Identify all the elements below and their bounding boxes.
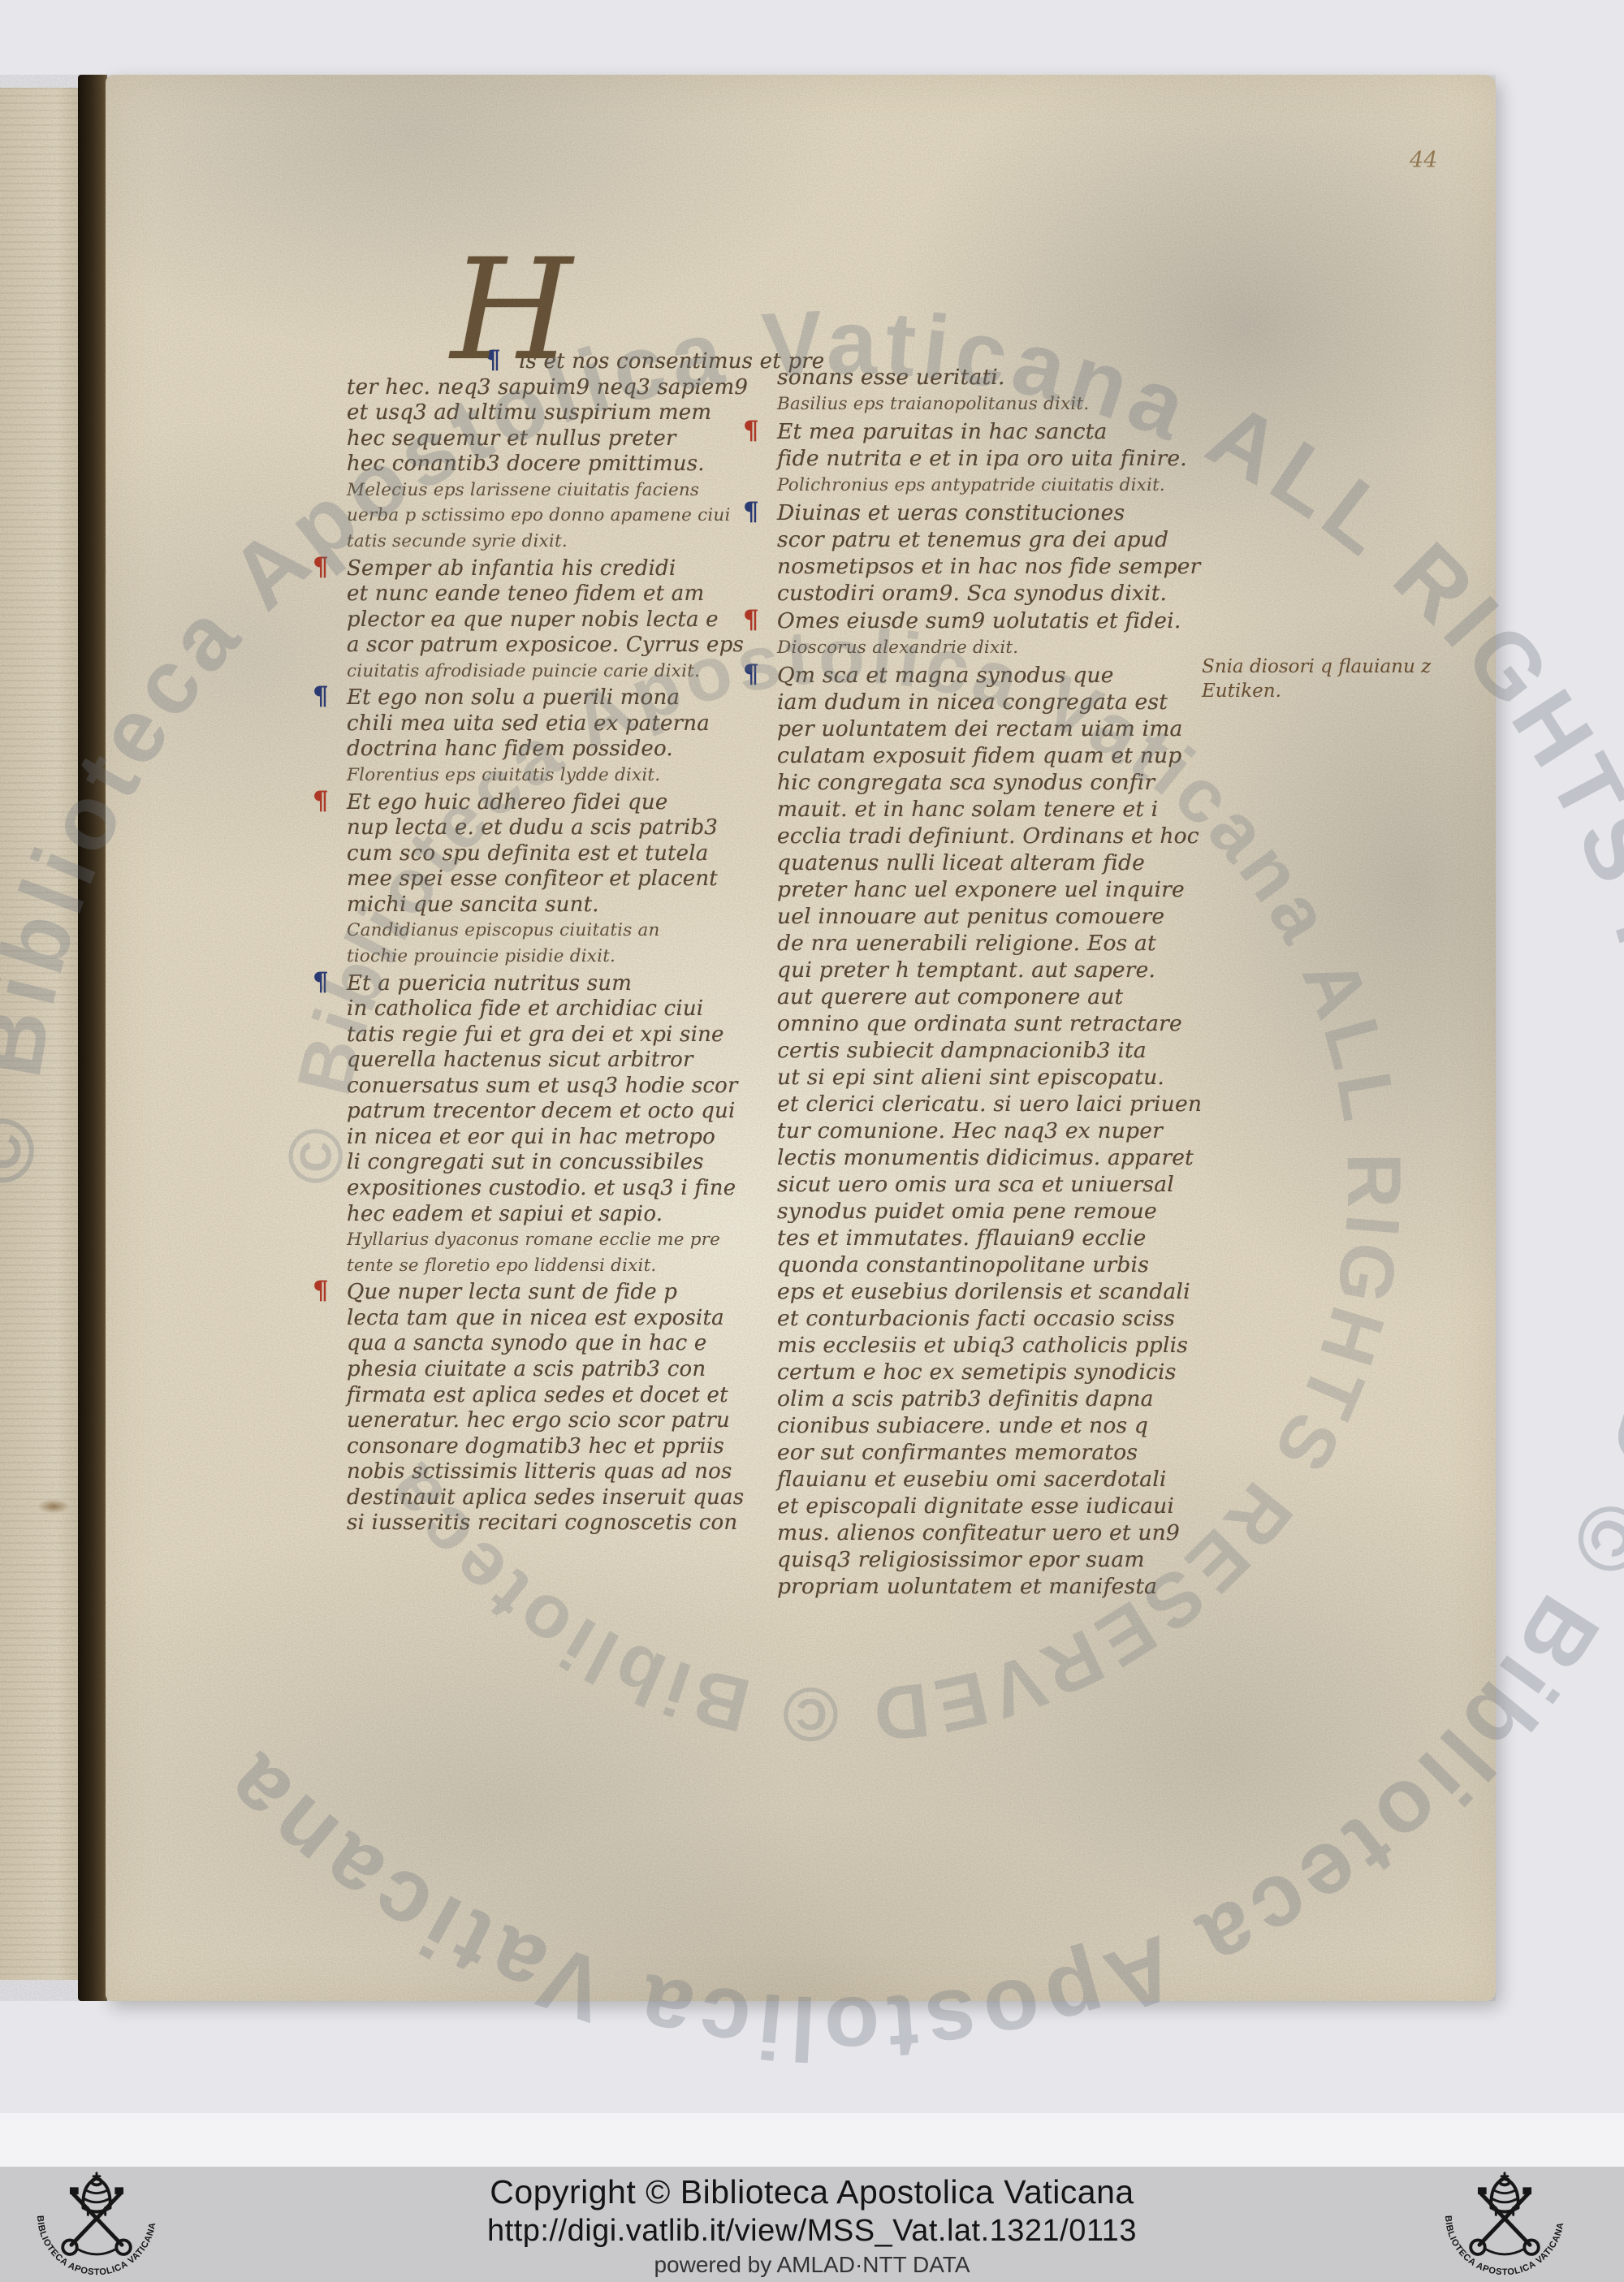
manuscript-line: li congregati sut in concussibiles	[347, 1150, 736, 1176]
manuscript-line: qua a sancta synodo que in hac e	[347, 1331, 736, 1357]
line-text: eps et eusebius dorilensis et scandali	[777, 1279, 1190, 1304]
pilcrow-mark: ¶	[743, 499, 777, 525]
line-text: querella hactenus sicut arbitror	[347, 1048, 693, 1072]
pilcrow-mark: ¶	[313, 684, 347, 710]
line-text: uel innouare aut penitus comouere	[777, 904, 1164, 929]
manuscript-line: et nunc eande teneo fidem et am	[347, 581, 736, 607]
manuscript-line: conuersatus sum et usq3 hodie scor	[347, 1074, 736, 1100]
manuscript-line: ¶Omes eiusde sum9 uolutatis et fidei.	[777, 607, 1195, 634]
manuscript-line: ecclia tradi definiunt. Ordinans et hoc	[777, 823, 1195, 849]
line-text: plector ea que nuper nobis lecta e	[347, 607, 719, 632]
manuscript-line: propriam uoluntatem et manifesta	[777, 1573, 1195, 1600]
line-text: Florentius eps ciuitatis lydde dixit.	[347, 765, 660, 785]
line-text: synodus puidet omia pene remoue	[777, 1199, 1157, 1224]
manuscript-line: tatis regie fui et gra dei et xpi sine	[347, 1022, 736, 1048]
manuscript-line: et conturbacionis facti occasio sciss	[777, 1305, 1195, 1332]
line-text: tatis secunde syrie dixit.	[347, 531, 568, 551]
line-text: sonans esse ueritati.	[777, 365, 1005, 390]
line-text: mauit. et in hanc solam tenere et i	[777, 797, 1158, 822]
manuscript-line: ciuitatis afrodisiade puincie carie dixi…	[347, 659, 736, 685]
manuscript-line: omnino que ordinata sunt retractare	[777, 1010, 1195, 1037]
line-text: hec eadem et sapiui et sapio.	[347, 1202, 663, 1226]
line-text: Et a puericia nutritus sum	[347, 971, 632, 996]
line-text: nosmetipsos et in hac nos fide semper	[777, 554, 1200, 579]
manuscript-line: certis subiecit dampnacionib3 ita	[777, 1037, 1195, 1064]
manuscript-line: synodus puidet omia pene remoue	[777, 1198, 1195, 1225]
line-text: Polichronius eps antypatride ciuitatis d…	[777, 475, 1165, 495]
line-text: Et ego non solu a puerili mona	[347, 685, 680, 710]
manuscript-line: firmata est aplica sedes et docet et	[347, 1383, 736, 1409]
powered-by-text: powered by AMLAD·NTT DATA	[0, 2250, 1624, 2280]
line-text: Dioscorus alexandrie dixit.	[777, 637, 1018, 658]
manuscript-line: phesia ciuitate a scis patrib3 con	[347, 1357, 736, 1383]
folio-number: 44	[1410, 149, 1437, 171]
manuscript-line: tes et immutates. fflauian9 ecclie	[777, 1225, 1195, 1251]
manuscript-line: fide nutrita e et in ipa oro uita finire…	[777, 445, 1195, 472]
manuscript-line: iam dudum in nicea congregata est	[777, 689, 1195, 715]
line-text: Basilius eps traianopolitanus dixit.	[777, 394, 1089, 414]
text-column-left: H ¶is et nos consentimus et preter hec. …	[347, 348, 736, 1536]
manuscript-line: ¶Et a puericia nutritus sum	[347, 970, 736, 997]
manuscript-line: Candidianus episcopus ciuitatis an	[347, 918, 736, 944]
line-text: tiochie prouincie pisidie dixit.	[347, 946, 615, 966]
line-text: hec conantib3 docere pmittimus.	[347, 452, 705, 476]
manuscript-line: in catholica fide et archidiac ciui	[347, 996, 736, 1022]
manuscript-line: olim a scis patrib3 definitis dapna	[777, 1385, 1195, 1412]
line-text: et usq3 ad ultimu suspirium mem	[347, 400, 711, 425]
line-text: ecclia tradi definiunt. Ordinans et hoc	[777, 823, 1199, 849]
manuscript-line: qui preter h temptant. aut sapere.	[777, 957, 1195, 983]
manuscript-line: ¶Semper ab infantia his credidi	[347, 555, 736, 582]
line-text: et clerici clericatu. si uero laici priu…	[777, 1091, 1202, 1117]
line-text: sicut uero omis ura sca et uniuersal	[777, 1172, 1174, 1197]
manuscript-line: lecta tam que in nicea est exposita	[347, 1306, 736, 1332]
manuscript-line: sicut uero omis ura sca et uniuersal	[777, 1171, 1195, 1198]
line-text: destinauit aplica sedes inseruit quas	[347, 1485, 744, 1510]
manuscript-line: scor patru et tenemus gra dei apud	[777, 526, 1195, 553]
line-text: preter hanc uel exponere uel inquire	[777, 877, 1185, 902]
line-text: cionibus subiacere. unde et nos q	[777, 1413, 1148, 1438]
line-text: flauianu et eusebiu omi sacerdotali	[777, 1467, 1167, 1492]
copyright-text: Copyright © Biblioteca Apostolica Vatica…	[0, 2172, 1624, 2212]
manuscript-line: lectis monumentis didicimus. apparet	[777, 1144, 1195, 1171]
manuscript-line: quatenus nulli liceat alteram fide	[777, 849, 1195, 876]
manuscript-line: mee spei esse confiteor et placent	[347, 867, 736, 892]
line-text: Et ego huic adhereo fidei que	[347, 790, 667, 815]
line-text: fide nutrita e et in ipa oro uita finire…	[777, 446, 1187, 471]
line-text: de nra uenerabili religione. Eos at	[777, 931, 1156, 956]
line-text: Melecius eps larissene ciuitatis faciens	[347, 480, 699, 500]
manuscript-line: culatam exposuit fidem quam et nup	[777, 742, 1195, 769]
line-text: olim a scis patrib3 definitis dapna	[777, 1386, 1154, 1411]
manuscript-line: tente se floretio epo liddensi dixit.	[347, 1253, 736, 1279]
manuscript-line: quonda constantinopolitane urbis	[777, 1251, 1195, 1278]
line-text: per uoluntatem dei rectam uiam ima	[777, 716, 1183, 741]
manuscript-line: Basilius eps traianopolitanus dixit.	[777, 391, 1195, 417]
line-text: expositiones custodio. et usq3 i fine	[347, 1176, 736, 1200]
line-text: Semper ab infantia his credidi	[347, 556, 676, 581]
line-text: in nicea et eor qui in hac metropo	[347, 1125, 715, 1149]
manuscript-line: aut querere aut componere aut	[777, 983, 1195, 1010]
line-text: li congregati sut in concussibiles	[347, 1150, 704, 1174]
pilcrow-mark: ¶	[313, 1278, 347, 1304]
line-text: tur comunione. Hec naq3 ex nuper	[777, 1118, 1163, 1143]
line-text: michi que sancita sunt.	[347, 892, 599, 917]
manuscript-line: certum e hoc ex semetipis synodicis	[777, 1359, 1195, 1385]
line-text: scor patru et tenemus gra dei apud	[777, 527, 1168, 552]
manuscript-line: mus. alienos confiteatur uero et un9	[777, 1519, 1195, 1546]
line-text: iam dudum in nicea congregata est	[777, 689, 1168, 715]
manuscript-line: hic congregata sca synodus confir	[777, 769, 1195, 796]
parchment-stain	[37, 1499, 70, 1514]
line-text: patrum trecentor decem et octo qui	[347, 1099, 736, 1123]
manuscript-line: uerba p sctissimo epo donno apamene ciui	[347, 503, 736, 529]
line-text: quatenus nulli liceat alteram fide	[777, 850, 1145, 875]
manuscript-line: tiochie prouincie pisidie dixit.	[347, 944, 736, 970]
initial-letter: H	[451, 240, 572, 380]
manuscript-line: hec conantib3 docere pmittimus.	[347, 452, 736, 478]
manuscript-line: cionibus subiacere. unde et nos q	[777, 1412, 1195, 1439]
line-text: nup lecta e. et dudu a scis patrib3	[347, 815, 718, 840]
pilcrow-mark: ¶	[743, 417, 777, 444]
manuscript-line: ¶Et mea paruitas in hac sancta	[777, 417, 1195, 445]
manuscript-line: doctrina hanc fidem possideo.	[347, 737, 736, 763]
line-text: a scor patrum exposicoe. Cyrrus eps	[347, 633, 744, 657]
line-text: eor sut confirmantes memoratos	[777, 1440, 1138, 1465]
line-text: certum e hoc ex semetipis synodicis	[777, 1359, 1177, 1385]
line-text: uerba p sctissimo epo donno apamene ciui	[347, 505, 731, 525]
manuscript-line: nosmetipsos et in hac nos fide semper	[777, 553, 1195, 580]
line-text: ciuitatis afrodisiade puincie carie dixi…	[347, 661, 700, 681]
manuscript-line: cum sco spu definita est et tutela	[347, 841, 736, 867]
line-text: phesia ciuitate a scis patrib3 con	[347, 1357, 706, 1381]
manuscript-line: ¶Qm sca et magna synodus que	[777, 661, 1195, 689]
manuscript-line: hec eadem et sapiui et sapio.	[347, 1202, 736, 1228]
manuscript-line: consonare dogmatib3 hec et ppriis	[347, 1434, 736, 1460]
manuscript-line: per uoluntatem dei rectam uiam ima	[777, 715, 1195, 742]
manuscript-line: Florentius eps ciuitatis lydde dixit.	[347, 763, 736, 789]
footer-text-block: Copyright © Biblioteca Apostolica Vatica…	[0, 2172, 1624, 2280]
manuscript-line: ¶Et ego huic adhereo fidei que	[347, 789, 736, 816]
manuscript-line: de nra uenerabili religione. Eos at	[777, 930, 1195, 957]
line-text: custodiri oram9. Sca synodus dixit.	[777, 581, 1167, 606]
line-text: in catholica fide et archidiac ciui	[347, 996, 703, 1021]
line-text: Hyllarius dyaconus romane ecclie me pre	[347, 1230, 720, 1250]
manuscript-line: Dioscorus alexandrie dixit.	[777, 634, 1195, 661]
line-text: doctrina hanc fidem possideo.	[347, 737, 673, 761]
line-text: consonare dogmatib3 hec et ppriis	[347, 1434, 724, 1459]
facing-page-edges	[0, 88, 81, 1980]
manuscript-line: in nicea et eor qui in hac metropo	[347, 1125, 736, 1151]
line-text: Candidianus episcopus ciuitatis an	[347, 920, 660, 940]
manuscript-line: et clerici clericatu. si uero laici priu…	[777, 1091, 1195, 1117]
manuscript-line: mis ecclesiis et ubiq3 catholicis pplis	[777, 1332, 1195, 1359]
manuscript-line: a scor patrum exposicoe. Cyrrus eps	[347, 633, 736, 659]
manuscript-line: tatis secunde syrie dixit.	[347, 529, 736, 555]
line-text: cum sco spu definita est et tutela	[347, 841, 708, 866]
book-binding	[78, 75, 107, 2001]
pilcrow-mark: ¶	[313, 970, 347, 996]
line-text: firmata est aplica sedes et docet et	[347, 1383, 728, 1407]
line-text: tes et immutates. fflauian9 ecclie	[777, 1225, 1147, 1251]
line-text: ueneratur. hec ergo scio scor patru	[347, 1408, 730, 1433]
manuscript-line: preter hanc uel exponere uel inquire	[777, 876, 1195, 903]
manuscript-line: chili mea uita sed etia ex paterna	[347, 711, 736, 737]
pilcrow-mark: ¶	[313, 555, 347, 581]
manuscript-line: destinauit aplica sedes inseruit quas	[347, 1485, 736, 1511]
line-text: certis subiecit dampnacionib3 ita	[777, 1038, 1147, 1063]
manuscript-line: flauianu et eusebiu omi sacerdotali	[777, 1466, 1195, 1493]
manuscript-line: mauit. et in hanc solam tenere et i	[777, 796, 1195, 823]
line-text: lectis monumentis didicimus. apparet	[777, 1145, 1194, 1170]
manuscript-line: ¶Et ego non solu a puerili mona	[347, 684, 736, 711]
pilcrow-mark: ¶	[743, 661, 777, 688]
manuscript-line: et usq3 ad ultimu suspirium mem	[347, 400, 736, 426]
line-text: mee spei esse confiteor et placent	[347, 867, 718, 891]
line-text: hec sequemur et nullus preter	[347, 426, 676, 451]
line-text: lecta tam que in nicea est exposita	[347, 1306, 724, 1330]
manuscript-line: eps et eusebius dorilensis et scandali	[777, 1278, 1195, 1305]
manuscript-page: 44 H ¶is et nos consentimus et preter he…	[106, 75, 1496, 2001]
marginal-note-line: Snia diosori q flauianu z	[1202, 655, 1478, 679]
pilcrow-mark: ¶	[313, 789, 347, 815]
manuscript-line: Melecius eps larissene ciuitatis faciens	[347, 478, 736, 504]
line-text: quonda constantinopolitane urbis	[777, 1252, 1149, 1277]
manuscript-line: ¶Diuinas et ueras constituciones	[777, 499, 1195, 526]
manuscript-photo: 44 H ¶is et nos consentimus et preter he…	[0, 0, 1624, 2124]
manuscript-line: patrum trecentor decem et octo qui	[347, 1099, 736, 1125]
manuscript-line: ut si epi sint alieni sint episcopatu.	[777, 1064, 1195, 1091]
line-text: si iusseritis recitari cognoscetis con	[347, 1511, 737, 1535]
line-text: et nunc eande teneo fidem et am	[347, 581, 704, 606]
manuscript-line: expositiones custodio. et usq3 i fine	[347, 1176, 736, 1202]
line-text: et episcopali dignitate esse iudicaui	[777, 1493, 1174, 1519]
line-text: conuersatus sum et usq3 hodie scor	[347, 1074, 738, 1098]
screenshot-root: 44 H ¶is et nos consentimus et preter he…	[0, 0, 1624, 2282]
line-text: mus. alienos confiteatur uero et un9	[777, 1520, 1180, 1545]
manuscript-line: Hyllarius dyaconus romane ecclie me pre	[347, 1227, 736, 1253]
line-text: et conturbacionis facti occasio sciss	[777, 1306, 1175, 1331]
line-text: aut querere aut componere aut	[777, 984, 1123, 1009]
manuscript-line: nup lecta e. et dudu a scis patrib3	[347, 815, 736, 841]
line-text: qui preter h temptant. aut sapere.	[777, 957, 1155, 983]
pilcrow-mark: ¶	[743, 607, 777, 633]
manuscript-line: si iusseritis recitari cognoscetis con	[347, 1511, 736, 1536]
manuscript-line: eor sut confirmantes memoratos	[777, 1439, 1195, 1466]
line-text: qua a sancta synodo que in hac e	[347, 1331, 707, 1355]
manuscript-line: ueneratur. hec ergo scio scor patru	[347, 1408, 736, 1434]
manuscript-line: custodiri oram9. Sca synodus dixit.	[777, 580, 1195, 607]
manuscript-line: plector ea que nuper nobis lecta e	[347, 607, 736, 633]
manuscript-line: sonans esse ueritati.	[777, 364, 1195, 391]
manuscript-line: quisq3 religiosissimor epor suam	[777, 1546, 1195, 1573]
line-text: propriam uoluntatem et manifesta	[777, 1574, 1157, 1599]
manuscript-line: hec sequemur et nullus preter	[347, 426, 736, 452]
line-text: Et mea paruitas in hac sancta	[777, 419, 1108, 444]
footer-white-strip	[0, 2113, 1624, 2167]
manuscript-line: uel innouare aut penitus comouere	[777, 903, 1195, 930]
line-text: Omes eiusde sum9 uolutatis et fidei.	[777, 608, 1181, 633]
line-text: quisq3 religiosissimor epor suam	[777, 1547, 1145, 1572]
line-text: hic congregata sca synodus confir	[777, 770, 1155, 795]
manuscript-line: et episcopali dignitate esse iudicaui	[777, 1493, 1195, 1519]
manuscript-line: michi que sancita sunt.	[347, 892, 736, 918]
manuscript-line: nobis sctissimis litteris quas ad nos	[347, 1459, 736, 1485]
line-text: nobis sctissimis litteris quas ad nos	[347, 1459, 732, 1484]
manuscript-line: Polichronius eps antypatride ciuitatis d…	[777, 472, 1195, 499]
text-column-right: sonans esse ueritati.Basilius eps traian…	[777, 364, 1195, 1600]
manuscript-line: tur comunione. Hec naq3 ex nuper	[777, 1117, 1195, 1144]
marginal-note: Snia diosori q flauianu z Eutiken.	[1202, 655, 1478, 703]
line-text: culatam exposuit fidem quam et nup	[777, 743, 1181, 768]
line-text: Que nuper lecta sunt de fide p	[347, 1280, 677, 1304]
line-text: tente se floretio epo liddensi dixit.	[347, 1256, 656, 1276]
marginal-note-line: Eutiken.	[1202, 679, 1478, 703]
line-text: omnino que ordinata sunt retractare	[777, 1011, 1182, 1036]
source-url: http://digi.vatlib.it/view/MSS_Vat.lat.1…	[0, 2212, 1624, 2250]
manuscript-line: ¶Que nuper lecta sunt de fide p	[347, 1278, 736, 1306]
line-text: tatis regie fui et gra dei et xpi sine	[347, 1022, 724, 1047]
line-text: Qm sca et magna synodus que	[777, 663, 1114, 688]
line-text: chili mea uita sed etia ex paterna	[347, 711, 710, 736]
line-text: mis ecclesiis et ubiq3 catholicis pplis	[777, 1333, 1188, 1358]
line-text: ut si epi sint alieni sint episcopatu.	[777, 1065, 1164, 1090]
line-text: Diuinas et ueras constituciones	[777, 500, 1125, 525]
manuscript-line: querella hactenus sicut arbitror	[347, 1048, 736, 1074]
